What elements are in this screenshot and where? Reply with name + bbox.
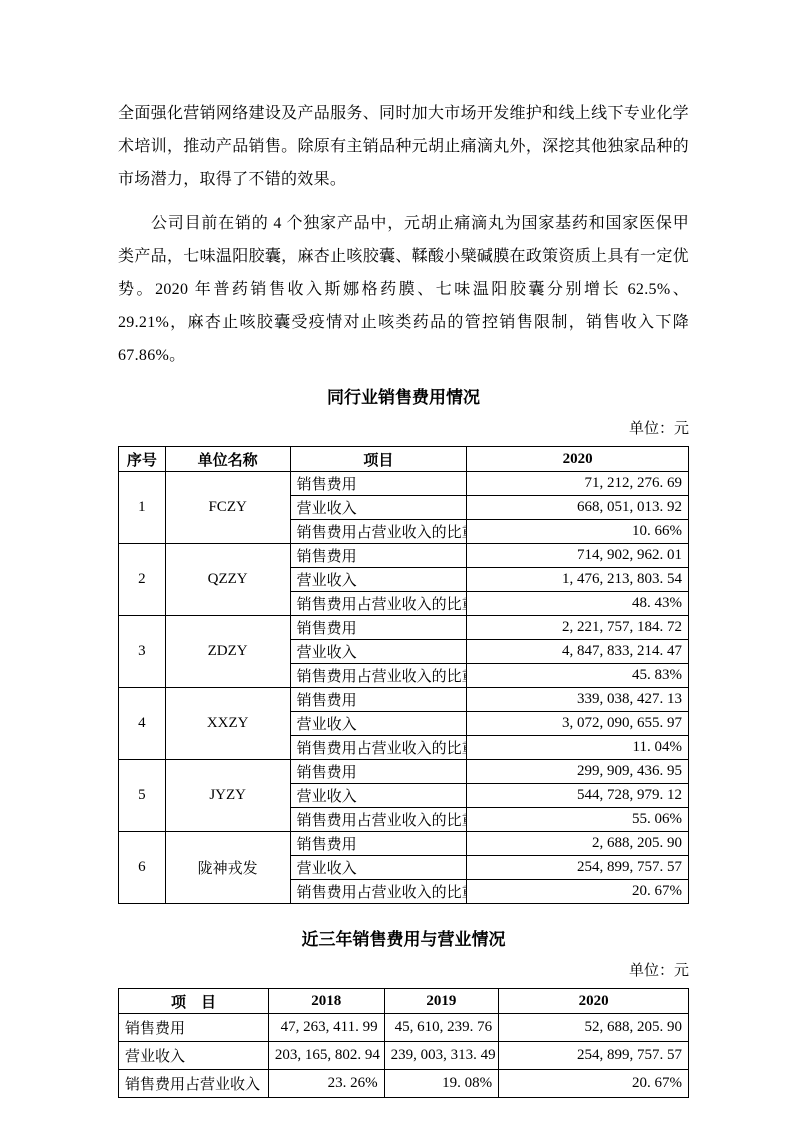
value-cell: 45, 610, 239. 76 [384, 1014, 499, 1042]
value-cell: 10. 66% [467, 520, 689, 544]
item-label-cell: 销售费用占营业收入的比重 [290, 808, 467, 832]
item-label-cell: 销售费用 [119, 1014, 269, 1042]
three-year-table-unit-label: 单位：元 [118, 961, 689, 981]
item-label-cell: 销售费用 [290, 472, 467, 496]
item-label-cell: 营业收入 [290, 568, 467, 592]
company-name-cell: XXZY [165, 688, 290, 760]
table-row: 2 QZZY 销售费用 714, 902, 962. 01 [119, 544, 689, 568]
column-header-company: 单位名称 [165, 447, 290, 472]
item-label-cell: 销售费用 [290, 760, 467, 784]
company-name-cell: FCZY [165, 472, 290, 544]
table-row: 1 FCZY 销售费用 71, 212, 276. 69 [119, 472, 689, 496]
value-cell: 1, 476, 213, 803. 54 [467, 568, 689, 592]
industry-table-title: 同行业销售费用情况 [118, 386, 689, 410]
value-cell: 52, 688, 205. 90 [499, 1014, 689, 1042]
table-row: 4 XXZY 销售费用 339, 038, 427. 13 [119, 688, 689, 712]
item-label-cell: 销售费用 [290, 544, 467, 568]
item-label-cell: 营业收入 [290, 712, 467, 736]
value-cell: 339, 038, 427. 13 [467, 688, 689, 712]
value-cell: 4, 847, 833, 214. 47 [467, 640, 689, 664]
item-label-cell: 营业收入 [290, 496, 467, 520]
item-label-cell: 销售费用占营业收入 [119, 1070, 269, 1098]
value-cell: 2, 221, 757, 184. 72 [467, 616, 689, 640]
item-label-cell: 销售费用 [290, 616, 467, 640]
value-cell: 299, 909, 436. 95 [467, 760, 689, 784]
value-cell: 203, 165, 802. 94 [268, 1042, 384, 1070]
table-row: 营业收入 203, 165, 802. 94 239, 003, 313. 49… [119, 1042, 689, 1070]
item-label-cell: 销售费用占营业收入的比重 [290, 664, 467, 688]
value-cell: 254, 899, 757. 57 [467, 856, 689, 880]
value-cell: 19. 08% [384, 1070, 499, 1098]
company-name-cell: ZDZY [165, 616, 290, 688]
paragraph-exclusive-products: 公司目前在销的 4 个独家产品中，元胡止痛滴丸为国家基药和国家医保甲类产品，七味… [118, 207, 689, 372]
value-cell: 48. 43% [467, 592, 689, 616]
industry-table-unit-label: 单位：元 [118, 419, 689, 439]
value-cell: 254, 899, 757. 57 [499, 1042, 689, 1070]
value-cell: 23. 26% [268, 1070, 384, 1098]
table-row: 销售费用 47, 263, 411. 99 45, 610, 239. 76 5… [119, 1014, 689, 1042]
item-label-cell: 销售费用 [290, 688, 467, 712]
item-label-cell: 销售费用占营业收入的比重 [290, 520, 467, 544]
item-label-cell: 营业收入 [119, 1042, 269, 1070]
paragraph-marketing-network: 全面强化营销网络建设及产品服务、同时加大市场开发维护和线上线下专业化学术培训，推… [118, 97, 689, 196]
row-number-cell: 5 [119, 760, 166, 832]
three-year-table-title: 近三年销售费用与营业情况 [118, 928, 689, 952]
table-header-row: 序号 单位名称 项目 2020 [119, 447, 689, 472]
column-header-2019: 2019 [384, 989, 499, 1014]
row-number-cell: 2 [119, 544, 166, 616]
company-name-cell: JYZY [165, 760, 290, 832]
value-cell: 20. 67% [499, 1070, 689, 1098]
value-cell: 714, 902, 962. 01 [467, 544, 689, 568]
item-label-cell: 营业收入 [290, 784, 467, 808]
value-cell: 668, 051, 013. 92 [467, 496, 689, 520]
column-header-2020: 2020 [467, 447, 689, 472]
item-label-cell: 营业收入 [290, 640, 467, 664]
value-cell: 55. 06% [467, 808, 689, 832]
table-row: 销售费用占营业收入 23. 26% 19. 08% 20. 67% [119, 1070, 689, 1098]
item-label-cell: 营业收入 [290, 856, 467, 880]
column-header-index: 序号 [119, 447, 166, 472]
row-number-cell: 4 [119, 688, 166, 760]
value-cell: 20. 67% [467, 880, 689, 904]
value-cell: 47, 263, 411. 99 [268, 1014, 384, 1042]
table-row: 3 ZDZY 销售费用 2, 221, 757, 184. 72 [119, 616, 689, 640]
row-number-cell: 3 [119, 616, 166, 688]
row-number-cell: 6 [119, 832, 166, 904]
column-header-item: 项目 [290, 447, 467, 472]
value-cell: 544, 728, 979. 12 [467, 784, 689, 808]
three-year-sales-table: 项 目 2018 2019 2020 销售费用 47, 263, 411. 99… [118, 988, 689, 1098]
table-row: 5 JYZY 销售费用 299, 909, 436. 95 [119, 760, 689, 784]
column-header-2018: 2018 [268, 989, 384, 1014]
value-cell: 2, 688, 205. 90 [467, 832, 689, 856]
value-cell: 3, 072, 090, 655. 97 [467, 712, 689, 736]
column-header-item: 项 目 [119, 989, 269, 1014]
company-name-cell: QZZY [165, 544, 290, 616]
item-label-cell: 销售费用占营业收入的比重 [290, 880, 467, 904]
document-page: 全面强化营销网络建设及产品服务、同时加大市场开发维护和线上线下专业化学术培训，推… [0, 0, 793, 1122]
item-label-cell: 销售费用占营业收入的比重 [290, 736, 467, 760]
table-row: 6 陇神戎发 销售费用 2, 688, 205. 90 [119, 832, 689, 856]
item-label-cell: 销售费用 [290, 832, 467, 856]
value-cell: 71, 212, 276. 69 [467, 472, 689, 496]
column-header-2020: 2020 [499, 989, 689, 1014]
value-cell: 11. 04% [467, 736, 689, 760]
industry-sales-expense-table: 序号 单位名称 项目 2020 1 FCZY 销售费用 71, 212, 276… [118, 446, 689, 904]
value-cell: 45. 83% [467, 664, 689, 688]
item-label-cell: 销售费用占营业收入的比重 [290, 592, 467, 616]
value-cell: 239, 003, 313. 49 [384, 1042, 499, 1070]
company-name-cell: 陇神戎发 [165, 832, 290, 904]
table-header-row: 项 目 2018 2019 2020 [119, 989, 689, 1014]
row-number-cell: 1 [119, 472, 166, 544]
